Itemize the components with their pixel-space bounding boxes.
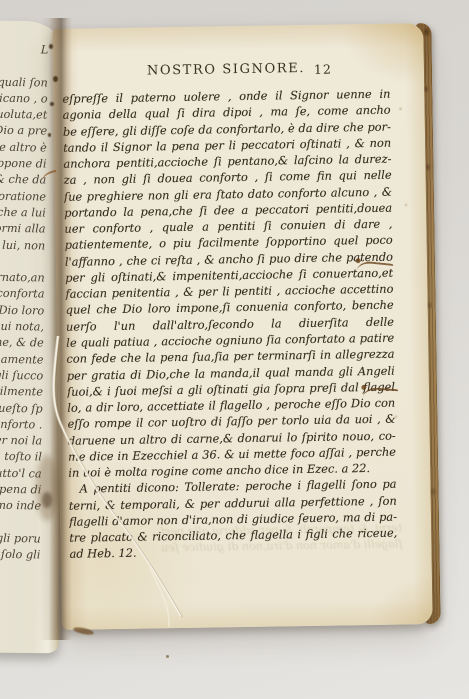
facing-page-line: a alla oratione xyxy=(0,187,46,205)
running-head-title: NOSTRO SIGNORE. xyxy=(147,61,305,78)
facing-page-line: bea tutto'l ca xyxy=(0,464,42,482)
wormhole-spot xyxy=(48,133,51,137)
facing-page-line: o , ma ſolo gli xyxy=(0,546,41,564)
facing-page-line: ui a conforta xyxy=(0,285,45,303)
facing-page-line xyxy=(0,513,41,531)
facing-page-line: mento gli ſucco xyxy=(0,366,43,384)
facing-page-line: piu facilmente xyxy=(0,383,43,401)
backdrop-speck xyxy=(166,655,169,658)
page-number: 12 xyxy=(314,62,332,77)
facing-page-line xyxy=(0,57,48,75)
facing-page-line: conformi alla xyxy=(0,220,46,238)
wormhole-spot xyxy=(50,102,54,106)
facing-page-line: incarnato,an xyxy=(0,269,45,287)
facing-page-line: orti per noi la xyxy=(0,432,42,450)
verso-show-through: terni, & temporali, & per addurui alla p… xyxy=(160,521,402,557)
facing-page-line: atione, & de xyxy=(0,334,44,352)
wormhole-spot xyxy=(49,44,53,49)
facing-page-line: ſuoi , che a lui xyxy=(0,203,46,221)
margin-ink-swash xyxy=(363,387,399,400)
running-head: NOSTRO SIGNORE. 12 xyxy=(52,23,424,89)
facing-page-line: ſuo, & che da xyxy=(0,171,46,189)
facing-page-line: ſe tra quali ſon xyxy=(0,73,48,91)
body-text: eſpreſſe il paterno uolere , onde il Sig… xyxy=(62,86,397,563)
facing-page-line: conforto . xyxy=(0,415,43,433)
facing-page-line: rebe dicano , o xyxy=(0,89,48,107)
facing-page-line: che propone di xyxy=(0,155,47,173)
recto-page: NOSTRO SIGNORE. 12 eſpreſſe il paterno u… xyxy=(52,23,432,630)
facing-page-line: minor pena di xyxy=(0,480,42,498)
facing-page-line: . Et qui nota, xyxy=(0,318,44,336)
facing-page-line: & a queſto ſp xyxy=(0,399,43,417)
facing-page-line: omninamente xyxy=(0,350,44,368)
book-photograph: L ſe tra quali ſonrebe dicano , oi non u… xyxy=(0,0,469,699)
wormhole-spot xyxy=(53,76,58,82)
facing-page-line: rarij a lui, non xyxy=(0,236,45,254)
facing-page-line: e a Dio a pre xyxy=(0,122,47,140)
facing-page-line: o che Dio loro xyxy=(0,301,44,319)
facing-page-line: non piu toſto il xyxy=(0,448,42,466)
facing-page-line xyxy=(0,252,45,270)
facing-page-line: lo nõ gli poru xyxy=(0,529,41,547)
facing-page-text-fragments: L ſe tra quali ſonrebe dicano , oi non u… xyxy=(0,40,48,563)
facing-page-line: L xyxy=(0,40,48,58)
facing-page-line: i non uoluta,et xyxy=(0,106,47,124)
facing-page-line: al ſiamo inde xyxy=(0,497,41,515)
facing-page-line: oſa,che altro è xyxy=(0,138,47,156)
